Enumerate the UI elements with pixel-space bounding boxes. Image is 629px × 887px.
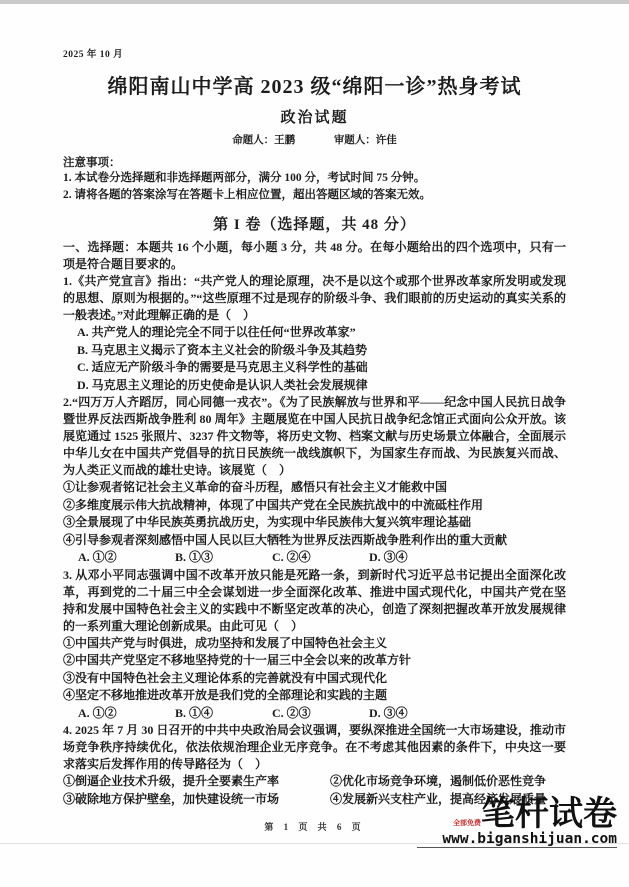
question-3-choice-d: D. ③④: [369, 705, 466, 723]
section-intro: 一、选择题：本题共 16 个小题，每小题 3 分，共 48 分。在每小题给出的四…: [63, 239, 566, 273]
question-1-stem: 1.《共产党宣言》指出：“共产党人的理论原理，决不是以这个或那个世界改革家所发明…: [63, 273, 566, 324]
question-2-choices: A. ①② B. ①③ C. ②④ D. ③④: [63, 549, 566, 567]
exam-staff-row: 命题人：王鹏 审题人：许佳: [63, 132, 566, 147]
question-3-choices: A. ①② B. ①④ C. ②③ D. ③④: [63, 705, 566, 723]
notice-item-1: 1. 本试卷分选择题和非选择题两部分，满分 100 分，考试时间 75 分钟。: [63, 170, 566, 187]
question-2-statement-4: ④引导参观者深刻感悟中国人民以巨大牺牲为世界反法西斯战争胜利作出的重大贡献: [63, 532, 566, 550]
exam-title: 绵阳南山中学高 2023 级“绵阳一诊”热身考试: [63, 70, 566, 99]
notice-item-2: 2. 请将各题的答案涂写在答题卡上相应位置，超出答题区域的答案无效。: [63, 187, 566, 204]
question-2-choice-b: B. ①③: [175, 549, 272, 567]
question-2-statement-2: ②多维度展示伟大抗战精神，体现了中国共产党在全民族抗战中的中流砥柱作用: [63, 497, 566, 515]
question-3-statement-3: ③没有中国特色社会主义理论体系的完善就没有中国式现代化: [63, 670, 566, 688]
question-3-statement-1: ①中国共产党与时俱进，成功坚持和发展了中国特色社会主义: [63, 635, 566, 653]
question-4-stem: 4. 2025 年 7 月 30 日召开的中共中央政治局会议强调，要纵深推进全国…: [63, 722, 566, 773]
watermark-brand: 笔杆试卷: [481, 797, 617, 831]
watermark-free-label: 全部免费: [453, 820, 481, 827]
watermark: 全部免费 笔杆试卷 www.biganshijuan.com: [417, 797, 617, 848]
question-2-statement-1: ①让参观者铭记社会主义革命的奋斗历程，感悟只有社会主义才能救中国: [63, 479, 566, 497]
exam-date: 2025 年 10 月: [63, 46, 566, 60]
notice-heading: 注意事项：: [63, 154, 566, 170]
question-4-statement-2: ②优化市场竞争环境，遏制低价恶性竞争: [330, 773, 566, 791]
watermark-brand-line: 全部免费 笔杆试卷: [417, 797, 617, 831]
watermark-url: www.biganshijuan.com: [417, 832, 617, 848]
question-2-choice-a: A. ①②: [78, 549, 175, 567]
question-2-stem: 2.“四万万人齐蹈厉，同心同德一戎衣”。《为了民族解放与世界和平——纪念中国人民…: [63, 394, 566, 479]
question-2-choice-d: D. ③④: [369, 549, 466, 567]
subject-title: 政治试题: [63, 106, 566, 127]
question-2-statement-3: ③全景展现了中华民族英勇抗战历史，为实现中华民族伟大复兴筑牢理论基础: [63, 514, 566, 532]
question-1-option-d: D. 马克思主义理论的历史使命是认识人类社会发展规律: [63, 377, 566, 395]
question-4-statement-3: ③破除地方保护壁垒，加快建设统一市场: [63, 791, 330, 809]
question-3-statement-4: ④坚定不移地推进改革开放是我们党的全部理论和实践的主题: [63, 687, 566, 705]
question-3-choice-b: B. ①④: [175, 705, 272, 723]
page-content: 2025 年 10 月 绵阳南山中学高 2023 级“绵阳一诊”热身考试 政治试…: [63, 4, 566, 833]
question-1-option-a: A. 共产党人的理论完全不同于以往任何“世界改革家”: [63, 324, 566, 342]
question-3-stem: 3. 从邓小平同志强调中国不改革开放只能是死路一条，到新时代习近平总书记提出全面…: [63, 567, 566, 635]
question-1-option-b: B. 马克思主义揭示了资本主义社会的阶级斗争及其趋势: [63, 342, 566, 360]
reviewer-label: 审题人：许佳: [334, 135, 397, 146]
question-3-choice-a: A. ①②: [78, 705, 175, 723]
section-title: 第 I 卷（选择题，共 48 分）: [63, 213, 566, 234]
setter-label: 命题人：王鹏: [232, 135, 295, 146]
question-3-statement-2: ②中国共产党坚定不移地坚持党的十一届三中全会以来的改革方针: [63, 652, 566, 670]
question-1-option-c: C. 适应无产阶级斗争的需要是马克思主义科学性的基础: [63, 359, 566, 377]
exam-paper-page: 2025 年 10 月 绵阳南山中学高 2023 级“绵阳一诊”热身考试 政治试…: [0, 0, 629, 887]
question-3-choice-c: C. ②③: [272, 705, 369, 723]
question-2-choice-c: C. ②④: [272, 549, 369, 567]
question-4-statement-1: ①倒逼企业技术升级，提升全要素生产率: [63, 773, 330, 791]
